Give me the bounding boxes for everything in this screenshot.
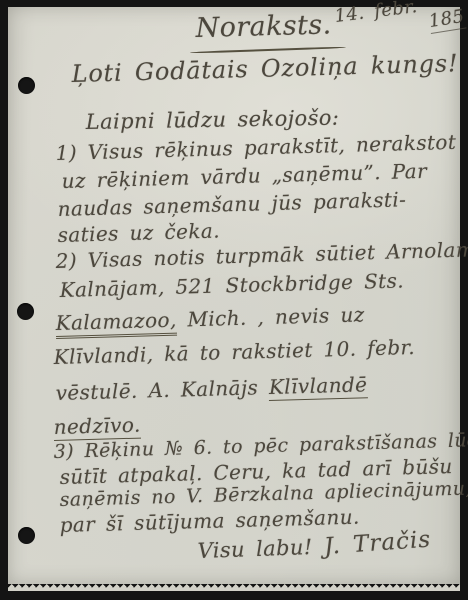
letter-title: Noraksts.: [195, 9, 332, 44]
underlined-text: nedzīvo.: [53, 413, 141, 441]
intro-line: Laipni lūdzu sekojošo:: [86, 106, 340, 134]
underlined-text: Klīvlandē: [269, 372, 368, 401]
punch-hole-top: [18, 77, 35, 94]
torn-edge: [8, 584, 460, 591]
scanned-letter-page: { "colors": { "scan_background": "#14141…: [0, 0, 468, 600]
letter-line: nedzīvo.: [53, 413, 141, 439]
scan-background: Noraksts. 14. febr. 185 Ļoti Godātais Oz…: [0, 0, 468, 600]
letter-line: saties uz čeka.: [57, 218, 220, 247]
punch-hole-middle: [17, 303, 34, 320]
underlined-text: Kalamazoo,: [55, 308, 177, 339]
line-text: saties uz čeka.: [57, 218, 220, 247]
punch-hole-bottom: [18, 527, 35, 544]
page-number: 185: [427, 6, 466, 34]
closing-phrase: Visu labu!: [197, 535, 313, 563]
